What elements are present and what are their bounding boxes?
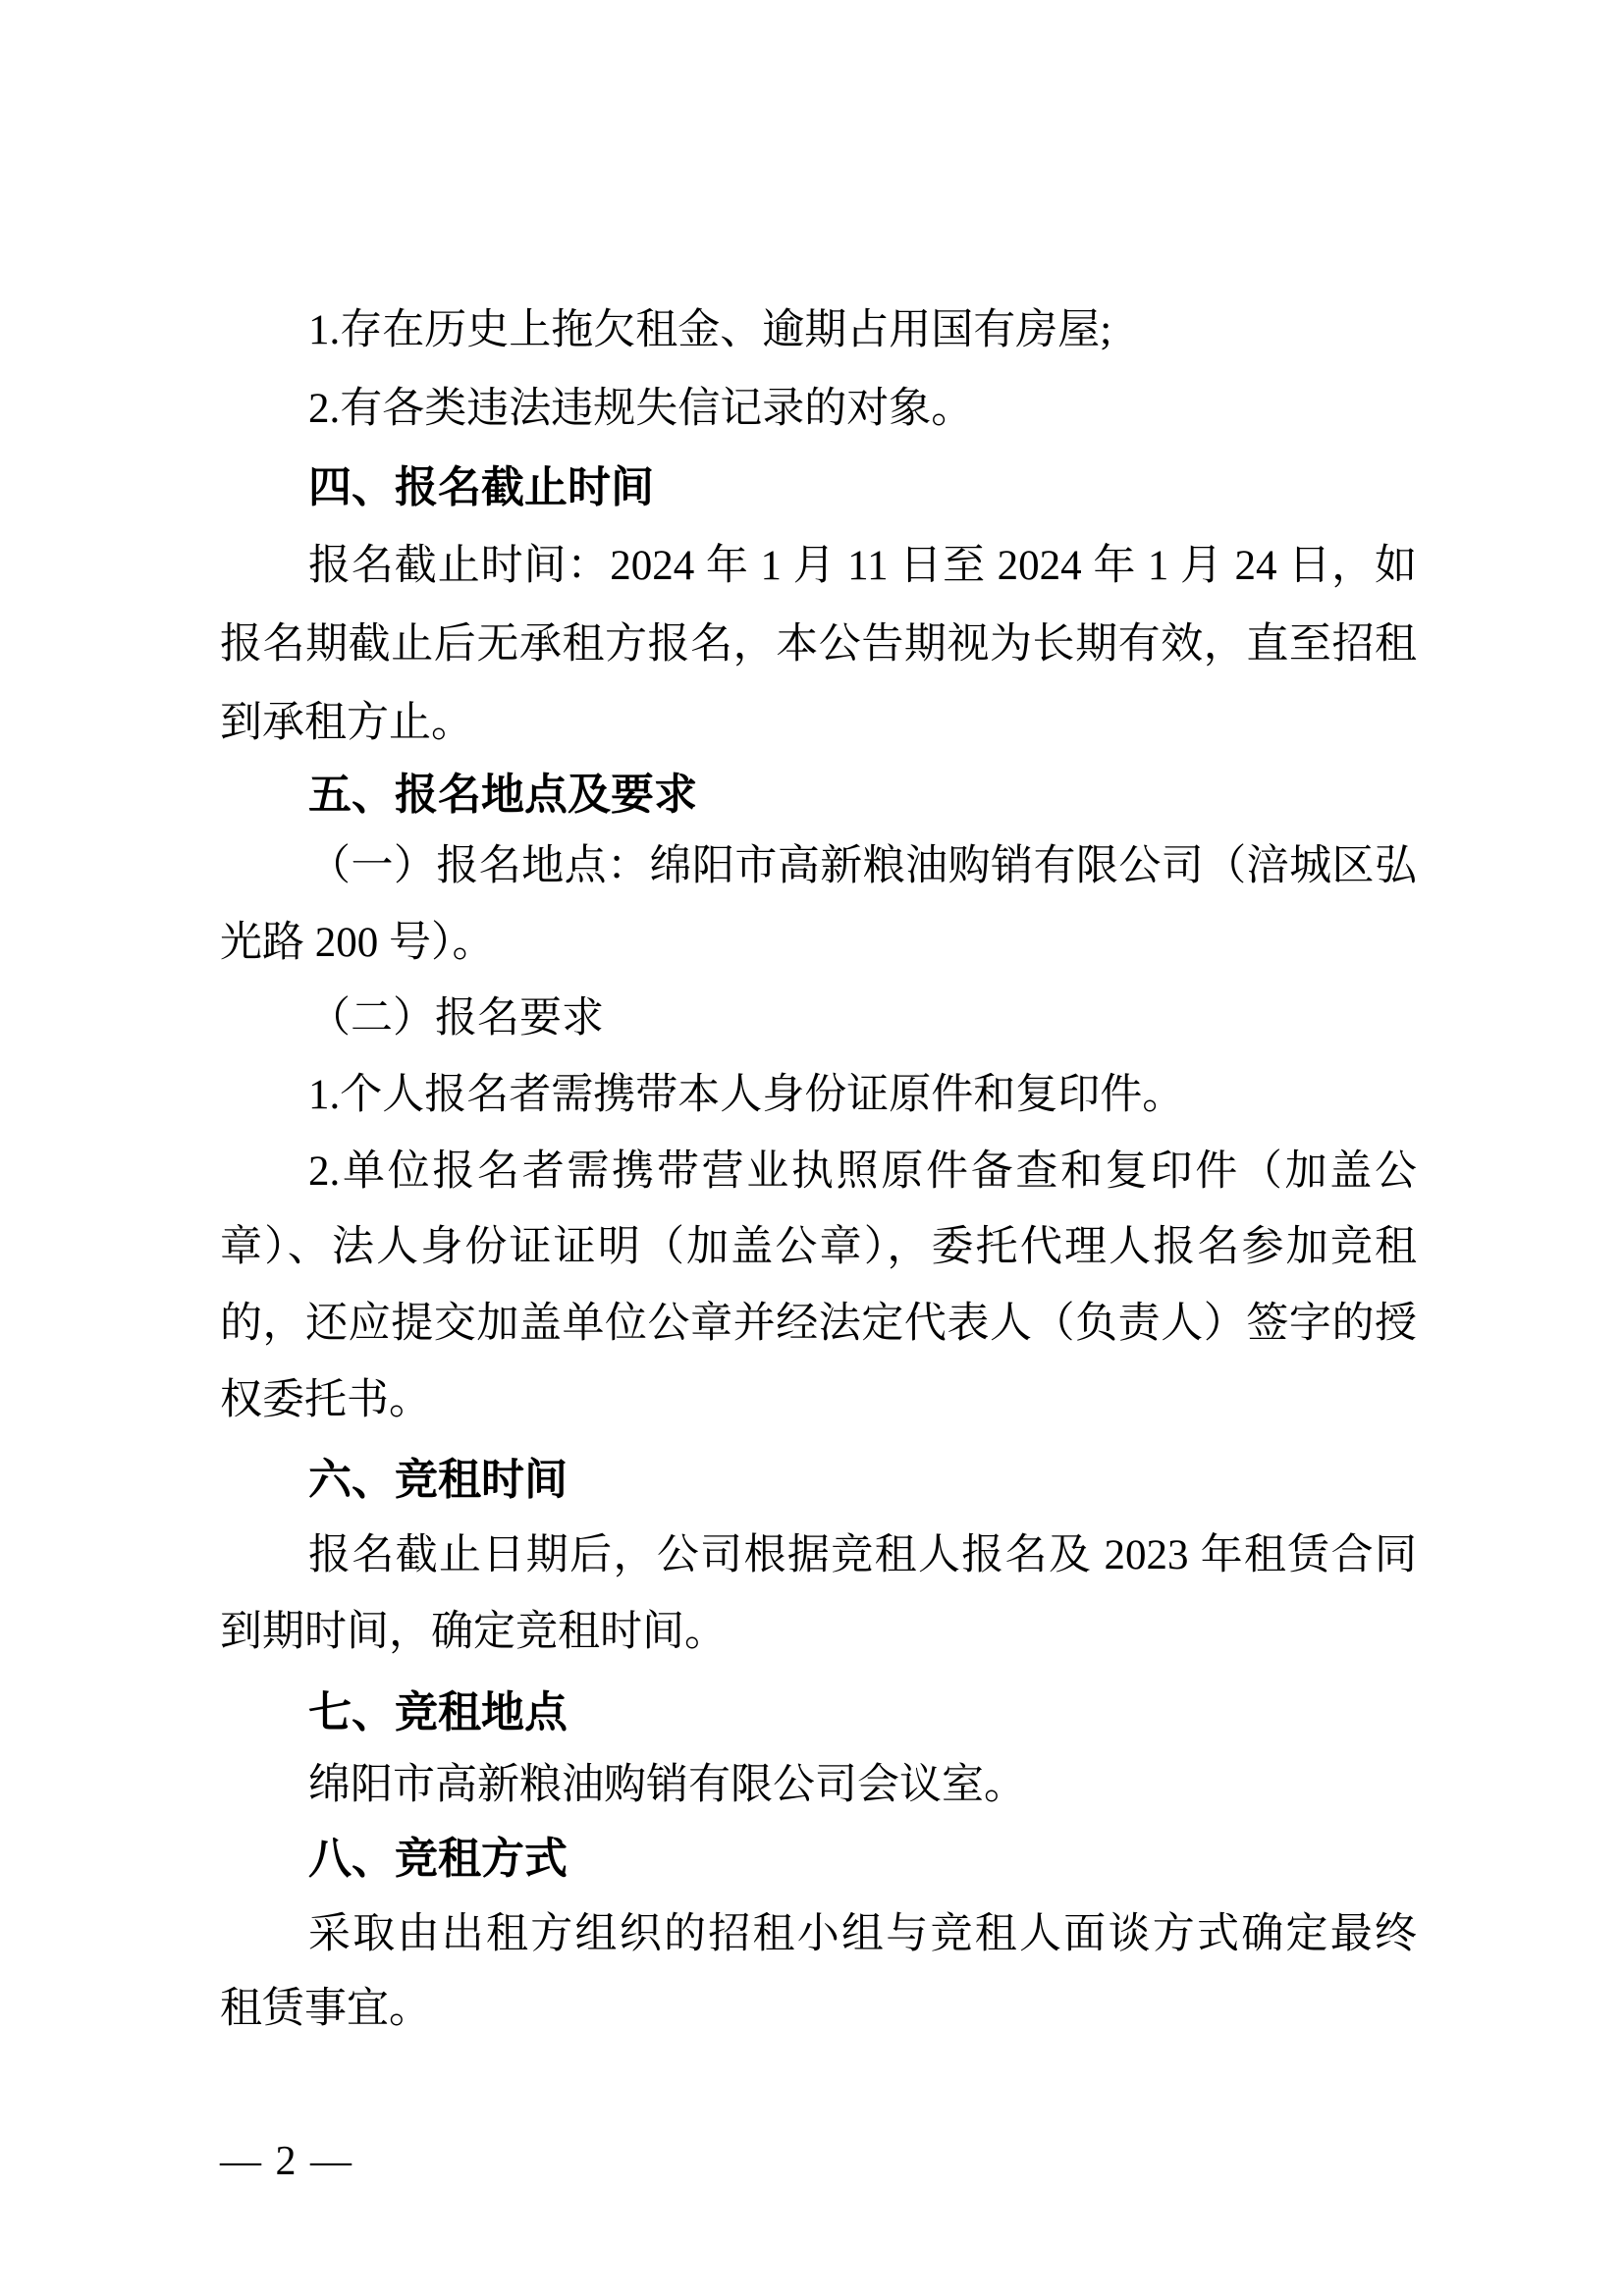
list-item-disqualify-1: 1.存在历史上拖欠租金、逾期占用国有房屋; bbox=[220, 306, 1417, 355]
paragraph-line-deadline-1: 报名截止时间：2024 年 1 月 11 日至 2024 年 1 月 24 日，… bbox=[220, 542, 1417, 593]
document-page: 1.存在历史上拖欠租金、逾期占用国有房屋; 2.有各类违法违规失信记录的对象。 … bbox=[0, 0, 1624, 2296]
list-item-individual: 1.个人报名者需携带本人身份证原件和复印件。 bbox=[220, 1071, 1417, 1120]
paragraph-line-deadline-3: 到承租方止。 bbox=[220, 699, 1417, 748]
section-heading-deadline: 四、报名截止时间 bbox=[220, 463, 1417, 512]
paragraph-line-bid-time-2: 到期时间，确定竞租时间。 bbox=[220, 1608, 1417, 1657]
paragraph-line-deadline-2: 报名期截止后无承租方报名，本公告期视为长期有效，直至招租 bbox=[220, 620, 1417, 671]
paragraph-line-location-1: （一）报名地点：绵阳市高新粮油购销有限公司（涪城区弘 bbox=[220, 842, 1417, 893]
section-heading-bid-time: 六、竞租时间 bbox=[220, 1456, 1417, 1505]
section-heading-bid-location: 七、竞租地点 bbox=[220, 1688, 1417, 1737]
list-item-organization-3: 的，还应提交加盖单位公章并经法定代表人（负责人）签字的授 bbox=[220, 1300, 1417, 1351]
list-item-organization-1: 2.单位报名者需携带营业执照原件备查和复印件（加盖公 bbox=[220, 1148, 1417, 1199]
paragraph-line-bid-method-2: 租赁事宜。 bbox=[220, 1985, 1417, 2034]
section-heading-bid-method: 八、竞租方式 bbox=[220, 1835, 1417, 1884]
paragraph-line-requirements-label: （二）报名要求 bbox=[220, 994, 1417, 1043]
page-number: — 2 — bbox=[220, 2138, 353, 2185]
paragraph-line-bid-location: 绵阳市高新粮油购销有限公司会议室。 bbox=[220, 1761, 1417, 1810]
list-item-disqualify-2: 2.有各类违法违规失信记录的对象。 bbox=[220, 385, 1417, 434]
paragraph-line-bid-method-1: 采取由出租方组织的招租小组与竞租人面谈方式确定最终 bbox=[220, 1910, 1417, 1961]
list-item-organization-4: 权委托书。 bbox=[220, 1376, 1417, 1425]
list-item-organization-2: 章）、法人身份证证明（加盖公章），委托代理人报名参加竞租 bbox=[220, 1223, 1417, 1274]
paragraph-line-location-2: 光路 200 号）。 bbox=[220, 919, 1417, 968]
section-heading-location-requirements: 五、报名地点及要求 bbox=[220, 771, 1417, 820]
paragraph-line-bid-time-1: 报名截止日期后，公司根据竞租人报名及 2023 年租赁合同 bbox=[220, 1531, 1417, 1582]
